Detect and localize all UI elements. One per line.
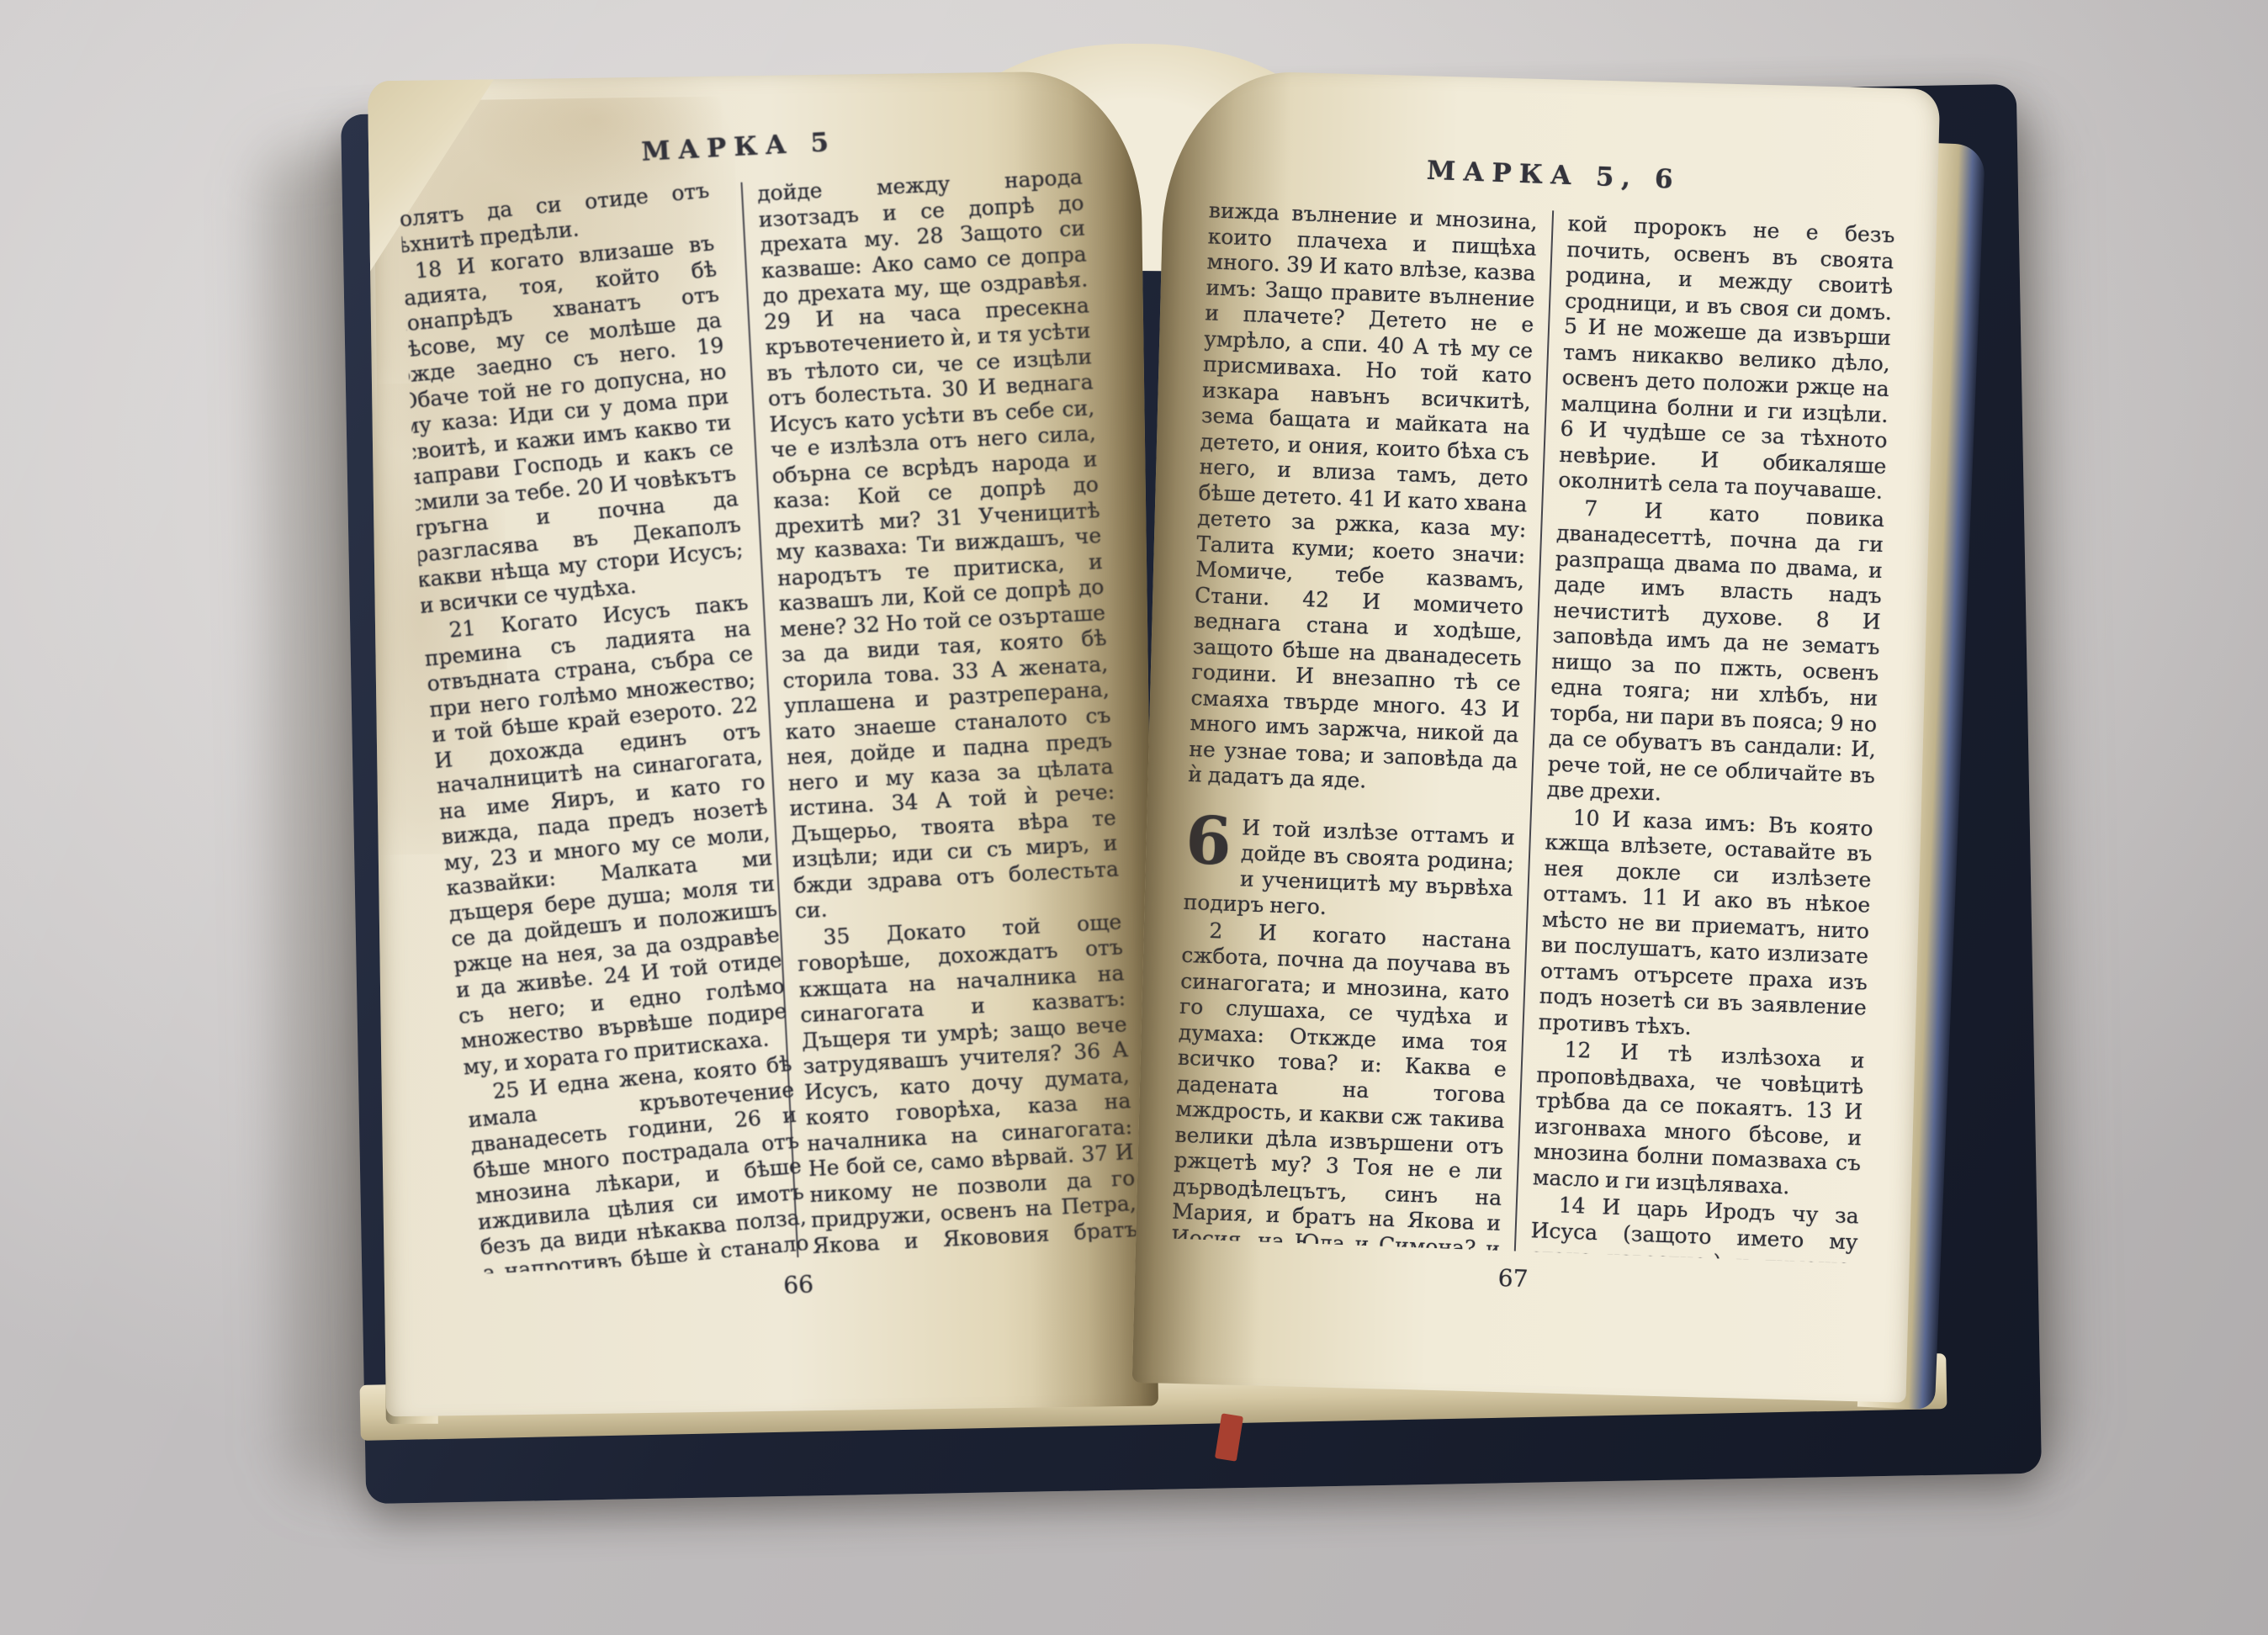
running-header-right: МАРКА 5, 6 (1210, 147, 1897, 203)
paragraph: дойде между народа изотзадъ и се допрѣ д… (756, 165, 1121, 925)
right-page-column-2: кой пророкъ не е безъ почить, освенъ въ … (1514, 210, 1895, 1263)
page-right: МАРКА 5, 6 вижда вълнение и мнозина, кои… (1132, 69, 1941, 1403)
right-page-column-1: вижда вълнение и мнозина, които плачеха … (1171, 198, 1552, 1251)
paragraph: кой пророкъ не е безъ почить, освенъ въ … (1558, 211, 1895, 505)
paragraph: 18 И когато влизаше въ ладията, тоя, кой… (400, 230, 747, 619)
paragraph: И той излѣзе оттамъ и дойде въ своята ро… (1183, 815, 1515, 919)
open-book: МАРКА 5 молятъ да си отиде отъ тѣхнитѣ п… (0, 0, 2268, 1635)
paragraph: 21 Когато Исусъ пакъ премина съ ладията … (421, 590, 791, 1080)
paragraph: 12 И тѣ излѣзоха и проповѣдваха, че човѣ… (1532, 1036, 1864, 1202)
paragraph: вижда вълнение и мнозина, които плачеха … (1188, 198, 1538, 799)
paragraph: 14 И царь Иродъ чу за Исуса (защото имет… (1526, 1192, 1860, 1263)
paragraph: 2 И когато настана сжбота, почна да поуч… (1171, 917, 1512, 1251)
page-left: МАРКА 5 молятъ да си отиде отъ тѣхнитѣ п… (368, 71, 1158, 1417)
chapter-start: 6И той излѣзе оттамъ и дойде въ своята р… (1183, 812, 1515, 927)
paragraph: 7 И като повика дванадесеттѣ, почна да г… (1546, 495, 1884, 814)
paragraph: 25 И една жена, която бѣ имала кръвотече… (464, 1051, 814, 1275)
paragraph: 35 Докато той още говорѣше, дохождатъ от… (796, 909, 1138, 1257)
chapter-dropcap: 6 (1184, 815, 1232, 867)
paragraph: 10 И каза имъ: Въ която кжща влѣзете, ос… (1538, 804, 1873, 1047)
